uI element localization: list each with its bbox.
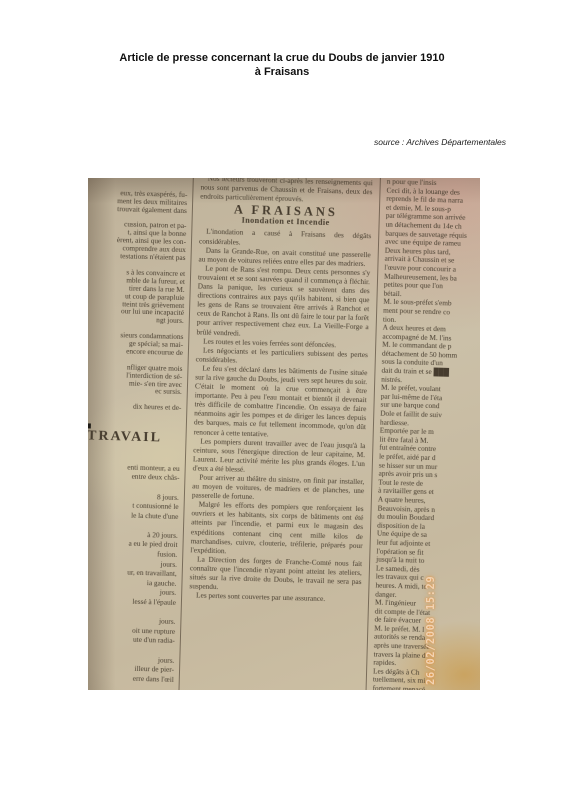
article-paragraph: Le pont de Rans s'est rompu. Deux cents … — [196, 263, 370, 341]
camera-timestamp: 26/02/2008 15:29 — [425, 561, 439, 685]
page-title-line-1: Article de presse concernant la crue du … — [0, 52, 564, 66]
newspaper-center-column: Nos lecteurs trouveront ci-après les ren… — [179, 178, 380, 690]
travail-section-heading: TRAVAIL — [88, 432, 181, 443]
document-page: Article de presse concernant la crue du … — [0, 0, 564, 803]
travail-heading-label: TRAVAIL — [88, 428, 162, 445]
left-column-fragments-bottom: enti monteur, a eu entre deux châs- 8 jo… — [88, 461, 180, 690]
article-intro: Nos lecteurs trouveront ci-après les ren… — [200, 178, 373, 206]
page-title: Article de presse concernant la crue du … — [0, 52, 564, 79]
newspaper-photo: eux, très exaspérés, fu- ment les deux m… — [88, 178, 480, 690]
article-paragraph: Malgré les efforts des pompiers que renf… — [190, 500, 363, 559]
left-column-fragments-top: eux, très exaspérés, fu- ment les deux m… — [88, 188, 187, 412]
article-paragraph: La Direction des forges de Franche-Comté… — [189, 554, 362, 595]
source-note: source : Archives Départementales — [374, 137, 506, 147]
newspaper-page: eux, très exaspérés, fu- ment les deux m… — [88, 178, 480, 690]
newspaper-left-column: eux, très exaspérés, fu- ment les deux m… — [88, 178, 193, 690]
newspaper-right-column: n pour que l'insis Ceci dit, à la louang… — [366, 178, 480, 690]
page-title-line-2: à Fraisans — [0, 66, 564, 80]
heavy-rule-icon — [88, 423, 91, 429]
article-paragraph: Le feu s'est déclaré dans les bâtiments … — [194, 363, 368, 441]
article-paragraph: Les pompiers durent travailler avec de l… — [193, 436, 366, 477]
